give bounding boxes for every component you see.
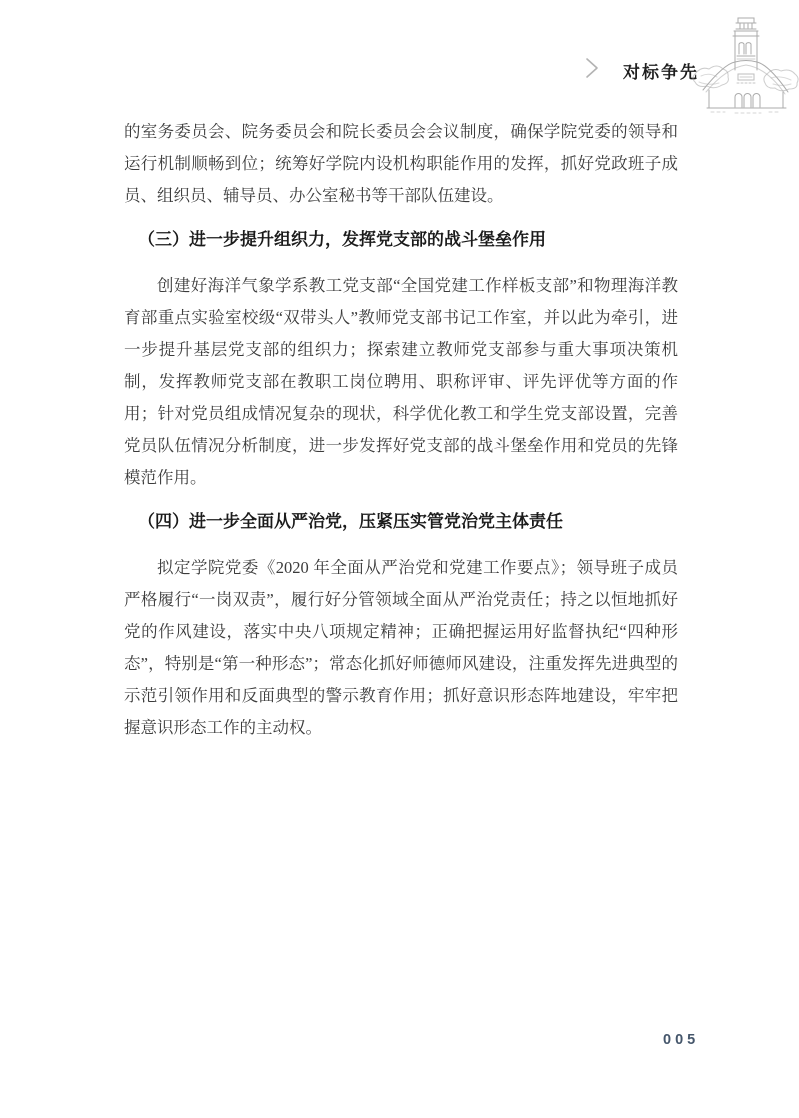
section-heading-3: （三）进一步提升组织力，发挥党支部的战斗堡垒作用 xyxy=(138,228,678,252)
paragraph-section-4: 拟定学院党委《2020 年全面从严治党和党建工作要点》；领导班子成员严格履行“一… xyxy=(124,552,678,744)
running-head-title: 对标争先 xyxy=(623,58,699,83)
document-page: 对标争先 xyxy=(0,0,799,1118)
chevron-right-icon xyxy=(583,56,601,80)
building-sketch-illustration xyxy=(691,12,799,116)
paragraph-section-3: 创建好海洋气象学系教工党支部“全国党建工作样板支部”和物理海洋教育部重点实验室校… xyxy=(124,270,678,494)
section-heading-4: （四）进一步全面从严治党，压紧压实管党治党主体责任 xyxy=(138,510,678,534)
paragraph-continuation: 的室务委员会、院务委员会和院长委员会会议制度，确保学院党委的领导和运行机制顺畅到… xyxy=(124,116,678,212)
page-header: 对标争先 xyxy=(0,0,799,120)
document-body: 的室务委员会、院务委员会和院长委员会会议制度，确保学院党委的领导和运行机制顺畅到… xyxy=(124,116,678,744)
page-number: 005 xyxy=(663,1032,699,1048)
